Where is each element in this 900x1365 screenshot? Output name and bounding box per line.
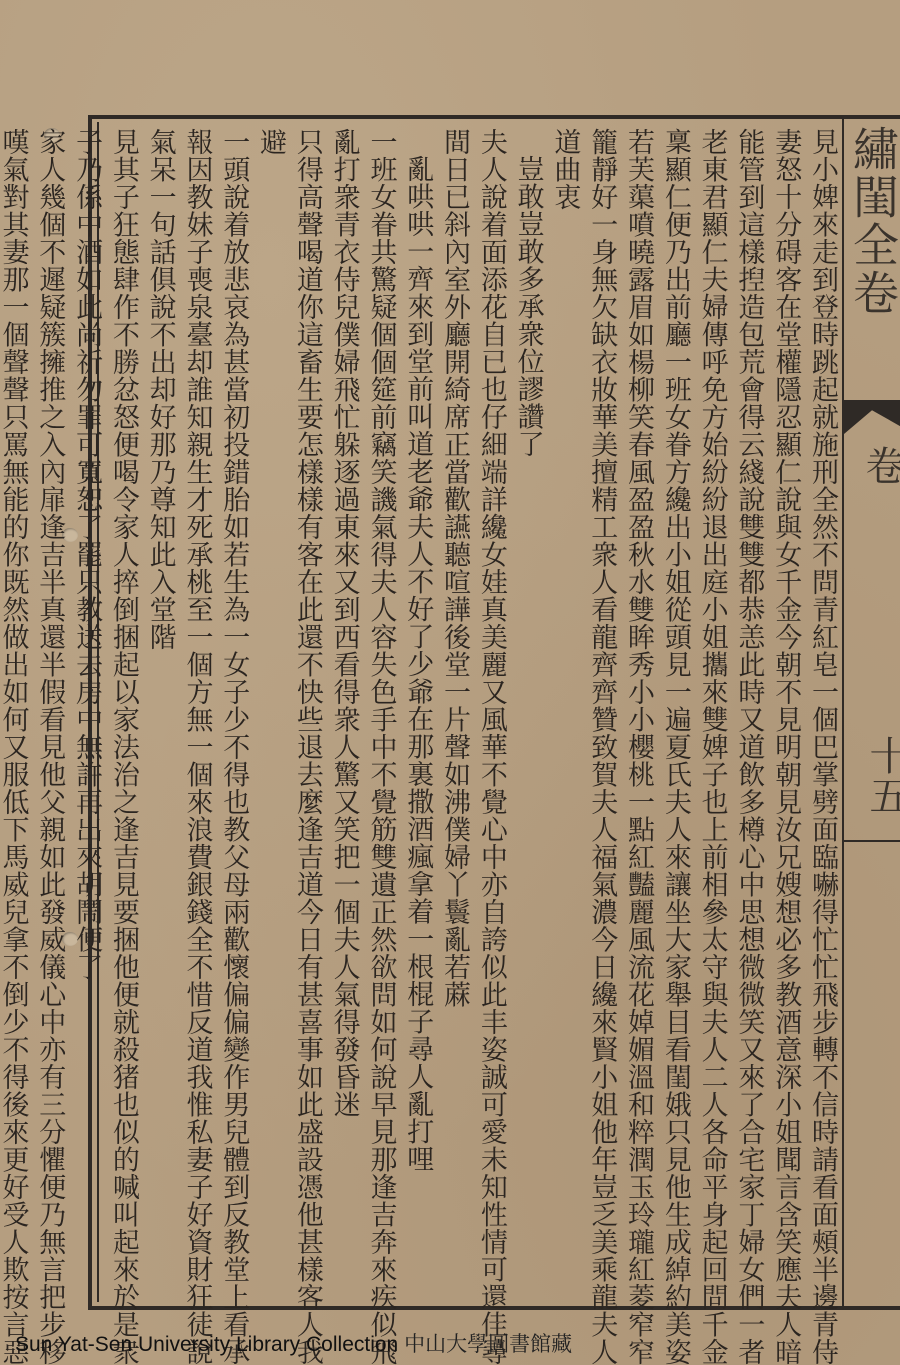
text-column: 能管到這樣揑造包荒會得云綫說雙雙都恭恙此時又道飲多樽心中思想微微笑又來了合宅家丁… <box>730 128 767 1298</box>
text-column: 子乃係中酒如此尚祈勿罪可寬恕了罷只教送去房中無許再出來胡鬧便了 <box>67 128 104 1298</box>
text-column: 一頭說着放悲哀為甚當初投錯胎如若生為一女子少不得也教父母兩歡懷偏偏變作男兒體到反… <box>214 128 251 1298</box>
text-column: 只得高聲喝道你這畜生要怎樣樣有客在此還不快些退去麼逢吉道今日有甚喜事如此盛設憑他… <box>288 128 325 1298</box>
text-column: 豈敢豈敢多承衆位謬讚了 <box>509 128 546 1298</box>
main-text-body: 見小婢來走到登時跳起就施刑全然不問青紅皂一個巴掌劈面臨嚇得忙忙飛步轉不信時請看面… <box>104 128 840 1298</box>
text-column: 夫人說着面添花自已也仔細端詳纔女娃真美麗又風華不覺心中亦自誇似此丰姿誠可愛未知性… <box>472 128 509 1298</box>
text-column: 稟顯仁便乃出前廳一班女眷方纔出小姐從頭見一遍夏氏夫人來讓坐大家舉目看閨娥只見他生… <box>656 128 693 1298</box>
fishtail-mark-icon <box>844 400 900 434</box>
text-column: 間日已斜內室外廳開綺席正當歡讌聽喧譁後堂一片聲如沸僕婦丫鬟亂若蔴 <box>435 128 472 1298</box>
text-column: 一班女眷共驚疑個個筵前竊笑譏氣得夫人容失色手中不覺筋雙遺正然欲問如何說早見那逢吉… <box>362 128 399 1298</box>
collection-label-en: Sun Yat-Sen University Library Collectio… <box>15 1333 398 1356</box>
book-title: 繡閨全卷 <box>850 125 896 317</box>
text-column: 若芙蕖噴曉露眉如楊柳笑春風盈盈秋水雙眸秀小小櫻桃一點紅豔麗風流花婥媚溫和粹潤玉玲… <box>619 128 656 1298</box>
text-column: 亂哄哄一齊來到堂前叫道老爺夫人不好了少爺在那裏撒酒瘋拿着一根棍子尋人亂打哩 <box>398 128 435 1298</box>
text-column: 氣呆一句話俱說不出却好那乃尊知此入堂階 <box>141 128 178 1298</box>
collection-label-cn: 中山大學圖書館藏 <box>404 1332 572 1356</box>
text-column: 見其子狂態肆作不勝忿怒便喝令家人捽倒捆起以家法治之逢吉見要捆他便就殺猪也似的喊叫… <box>104 128 141 1298</box>
text-column: 嘆氣對其妻那一個聲聲只罵無能的你既然做出如何又服低下馬威兒拿不倒少不得後來更好受… <box>0 128 30 1298</box>
banner-divider <box>844 840 900 842</box>
text-column: 老東君顯仁夫婦傳呼免方始紛紛退出庭小姐攜來雙婢子也上前相參太守與夫人二人各命平身… <box>693 128 730 1298</box>
volume-label: 卷 <box>854 445 900 485</box>
text-column: 籠靜好一身無欠缺衣妝華美擅精工衆人看龍齊齊贊致賀夫人福氣濃今日纔來賢小姐他年豈乏… <box>582 128 619 1298</box>
text-column: 妻怒十分碍客在堂權隱忍顯仁說與女千金今朝不見明朝見汝兄嫂想必多教酒意深小姐聞言含… <box>766 128 803 1298</box>
page-banner-strip: 繡閨全卷 卷 十五 <box>842 115 900 1310</box>
text-column: 亂打衆青衣侍兒僕婦飛忙躲逐過東來又到西看得衆人驚又笑把一個夫人氣得發昏迷 <box>325 128 362 1298</box>
text-column: 避 <box>251 128 288 1298</box>
collection-footer: Sun Yat-Sen University Library Collectio… <box>0 1329 900 1359</box>
page-number: 十五 <box>858 735 900 815</box>
text-column: 見小婢來走到登時跳起就施刑全然不問青紅皂一個巴掌劈面臨嚇得忙忙飛步轉不信時請看面… <box>803 128 840 1298</box>
text-column: 家人幾個不遲疑簇擁推之入內扉逢吉半真還半假看見他父親如此發威儀心中亦有三分懼便乃… <box>30 128 67 1298</box>
text-column: 報因教妹子喪泉臺却誰知親生才死承桃至一個方無一個來浪費銀錢全不惜反道我惟私妻子好… <box>178 128 215 1298</box>
text-column: 道曲衷 <box>546 128 583 1298</box>
